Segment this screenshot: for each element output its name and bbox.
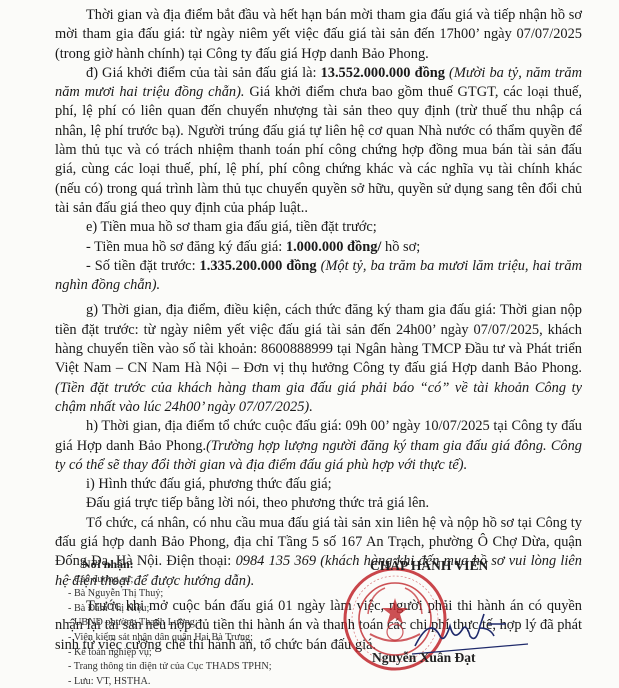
deposit-amount: 1.335.200.000 đồng <box>200 258 317 274</box>
signer-title: CHẤP HÀNH VIÊN <box>370 558 488 574</box>
recipients-block: Nơi nhận: - Các đương sự; - Bà Nguyễn Th… <box>60 557 272 688</box>
recipient-item: - Viện kiểm sát nhân dân quận Hai Bà Trư… <box>68 631 272 646</box>
paragraph-sale-period: Thời gian và địa điểm bắt đầu và hết hạn… <box>55 6 582 64</box>
handwritten-signature-icon <box>410 606 530 656</box>
paragraph-dossier-fee: - Tiền mua hồ sơ đăng ký đấu giá: 1.000.… <box>55 238 582 257</box>
recipient-item: - Trang thông tin điện tử của Cục THADS … <box>68 660 272 675</box>
paragraph-auction-time: h) Thời gian, địa điểm tổ chức cuộc đấu … <box>55 417 582 475</box>
paragraph-fees-heading: e) Tiền mua hồ sơ tham gia đấu giá, tiền… <box>55 218 582 237</box>
paragraph-deposit: - Số tiền đặt trước: 1.335.200.000 đồng … <box>55 257 582 296</box>
starting-price-amount: 13.552.000.000 đồng <box>321 65 445 81</box>
recipient-item: - Các đương sự; <box>68 573 272 588</box>
paragraph-auction-form: Đấu giá trực tiếp bằng lời nói, theo phư… <box>55 494 582 513</box>
recipients-title: Nơi nhận: <box>82 557 272 572</box>
recipient-item: - Bà Nguyễn Thị Thuỷ; <box>68 587 272 602</box>
paragraph-auction-form-heading: i) Hình thức đấu giá, phương thức đấu gi… <box>55 475 582 494</box>
recipient-item: - Kế toán nghiệp vụ; <box>68 646 272 661</box>
paragraph-registration: g) Thời gian, địa điểm, điều kiện, cách … <box>55 301 582 417</box>
recipient-item: - Bà Đàm Thị Hiệu; <box>68 602 272 617</box>
signature-block: CHẤP HÀNH VIÊN Nguyễn Xuân Đạt <box>360 554 590 684</box>
recipient-item: - Lưu: VT, HSTHA. <box>68 675 272 688</box>
paragraph-starting-price: đ) Giá khởi điểm của tài sản đấu giá là:… <box>55 64 582 218</box>
recipient-item: - UBND phường Thanh Lương; <box>68 616 272 631</box>
dossier-fee-amount: 1.000.000 đồng/ <box>286 239 382 255</box>
signer-name: Nguyễn Xuân Đạt <box>372 650 476 666</box>
